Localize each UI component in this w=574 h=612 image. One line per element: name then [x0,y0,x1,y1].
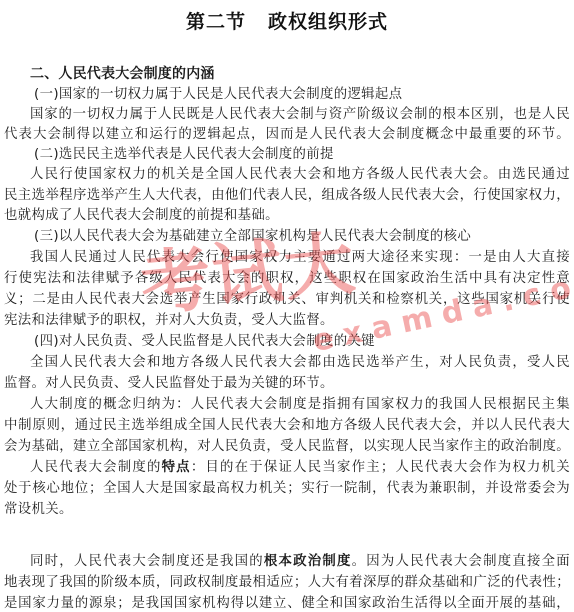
paragraph-line: 处于核心地位；全国人大是国家最高权力机关；实行一院制，代表为兼职制，并设常委会为 [4,479,570,499]
section-number: 第二节 [186,11,246,33]
paragraph-line: 我国人民通过人民代表大会行使国家权力主要通过两大途径来实现：一是由人大直接 [30,248,570,268]
features-line: 人民代表大会制度的特点：目的在于保证人民当家作主；人民代表大会作为权力机关 [30,458,570,478]
paragraph-line: 中制原则，通过民主选举组成全国人民代表大会和地方各级人民代表大会，并以人民代表大 [4,416,570,436]
paragraph-line: 是国家力量的源泉；是我国国家机构得以建立、健全和国家政治生活得以全面开展的基础， [4,594,570,612]
fundamental-keyword: 根本政治制度 [264,554,352,569]
paragraph-line: 也就构成了人民代表大会制度的前提和基础。 [4,206,570,226]
paragraph-line: 会为基础，建立全部国家机构，对人民负责，受人民监督，以实现人民当家作主的政治制度… [4,437,570,457]
paragraph-line: 人大制度的概念归纳为：人民代表大会制度是指拥有国家权力的我国人民根据民主集 [30,395,570,415]
paragraph-line: 民主选举程序选举产生人大代表，由他们代表人民，组成各级人民代表大会，行使国家权力… [4,186,570,206]
paragraph-line: 行使宪法和法律赋予各级人民代表大会的职权，这些职权在国家政治生活中具有决定性意 [4,269,570,289]
section-heading: 二、人民代表大会制度的内涵 [30,64,574,84]
paragraph-line: 监督。对人民负责、受人民监督处于最为关键的环节。 [4,374,570,394]
section-name: 政权组织形式 [268,11,388,33]
document-page: 第二节政权组织形式 二、人民代表大会制度的内涵 (一)国家的一切权力属于人民是人… [0,0,574,612]
subheading-1: (一)国家的一切权力属于人民是人民代表大会制度的逻辑起点 [34,85,570,105]
subheading-4: (四)对人民负责、受人民监督是人民代表大会制度的关键 [34,332,570,352]
paragraph-line: 人民行使国家权力的机关是全国人民代表大会和地方各级人民代表大会。由选民通过 [30,165,570,185]
paragraph-line: 全国人民代表大会和地方各级人民代表大会都由选民选举产生，对人民负责，受人民 [30,353,570,373]
paragraph-line: 国家的一切权力属于人民既是人民代表大会制与资产阶级议会制的根本区别，也是人民 [30,105,570,125]
subheading-2: (二)选民民主选举代表是人民代表大会制度的前提 [34,145,570,165]
paragraph-line: 宪法和法律赋予的职权，并对人大负责，受人大监督。 [4,311,570,331]
paragraph-line: 义；二是由人民代表大会选举产生国家行政机关、审判机关和检察机关，这些国家机关行使 [4,290,570,310]
paragraph-line: 代表大会制得以建立和运行的逻辑起点，因而是人民代表大会制度概念中最重要的环节。 [4,125,570,145]
paragraph-line: 常设机关。 [4,500,570,520]
page-title: 第二节政权组织形式 [0,7,574,34]
features-keyword: 特点 [162,460,191,475]
fundamental-line: 同时，人民代表大会制度还是我国的根本政治制度。因为人民代表大会制度直接全面 [30,552,570,572]
subheading-3: (三)以人民代表大会为基础建立全部国家机构是人民代表大会制度的核心 [34,227,570,247]
paragraph-line: 地表现了我国的阶级本质，同政权制度最相适应；人大有着深厚的群众基础和广泛的代表性… [4,573,570,593]
